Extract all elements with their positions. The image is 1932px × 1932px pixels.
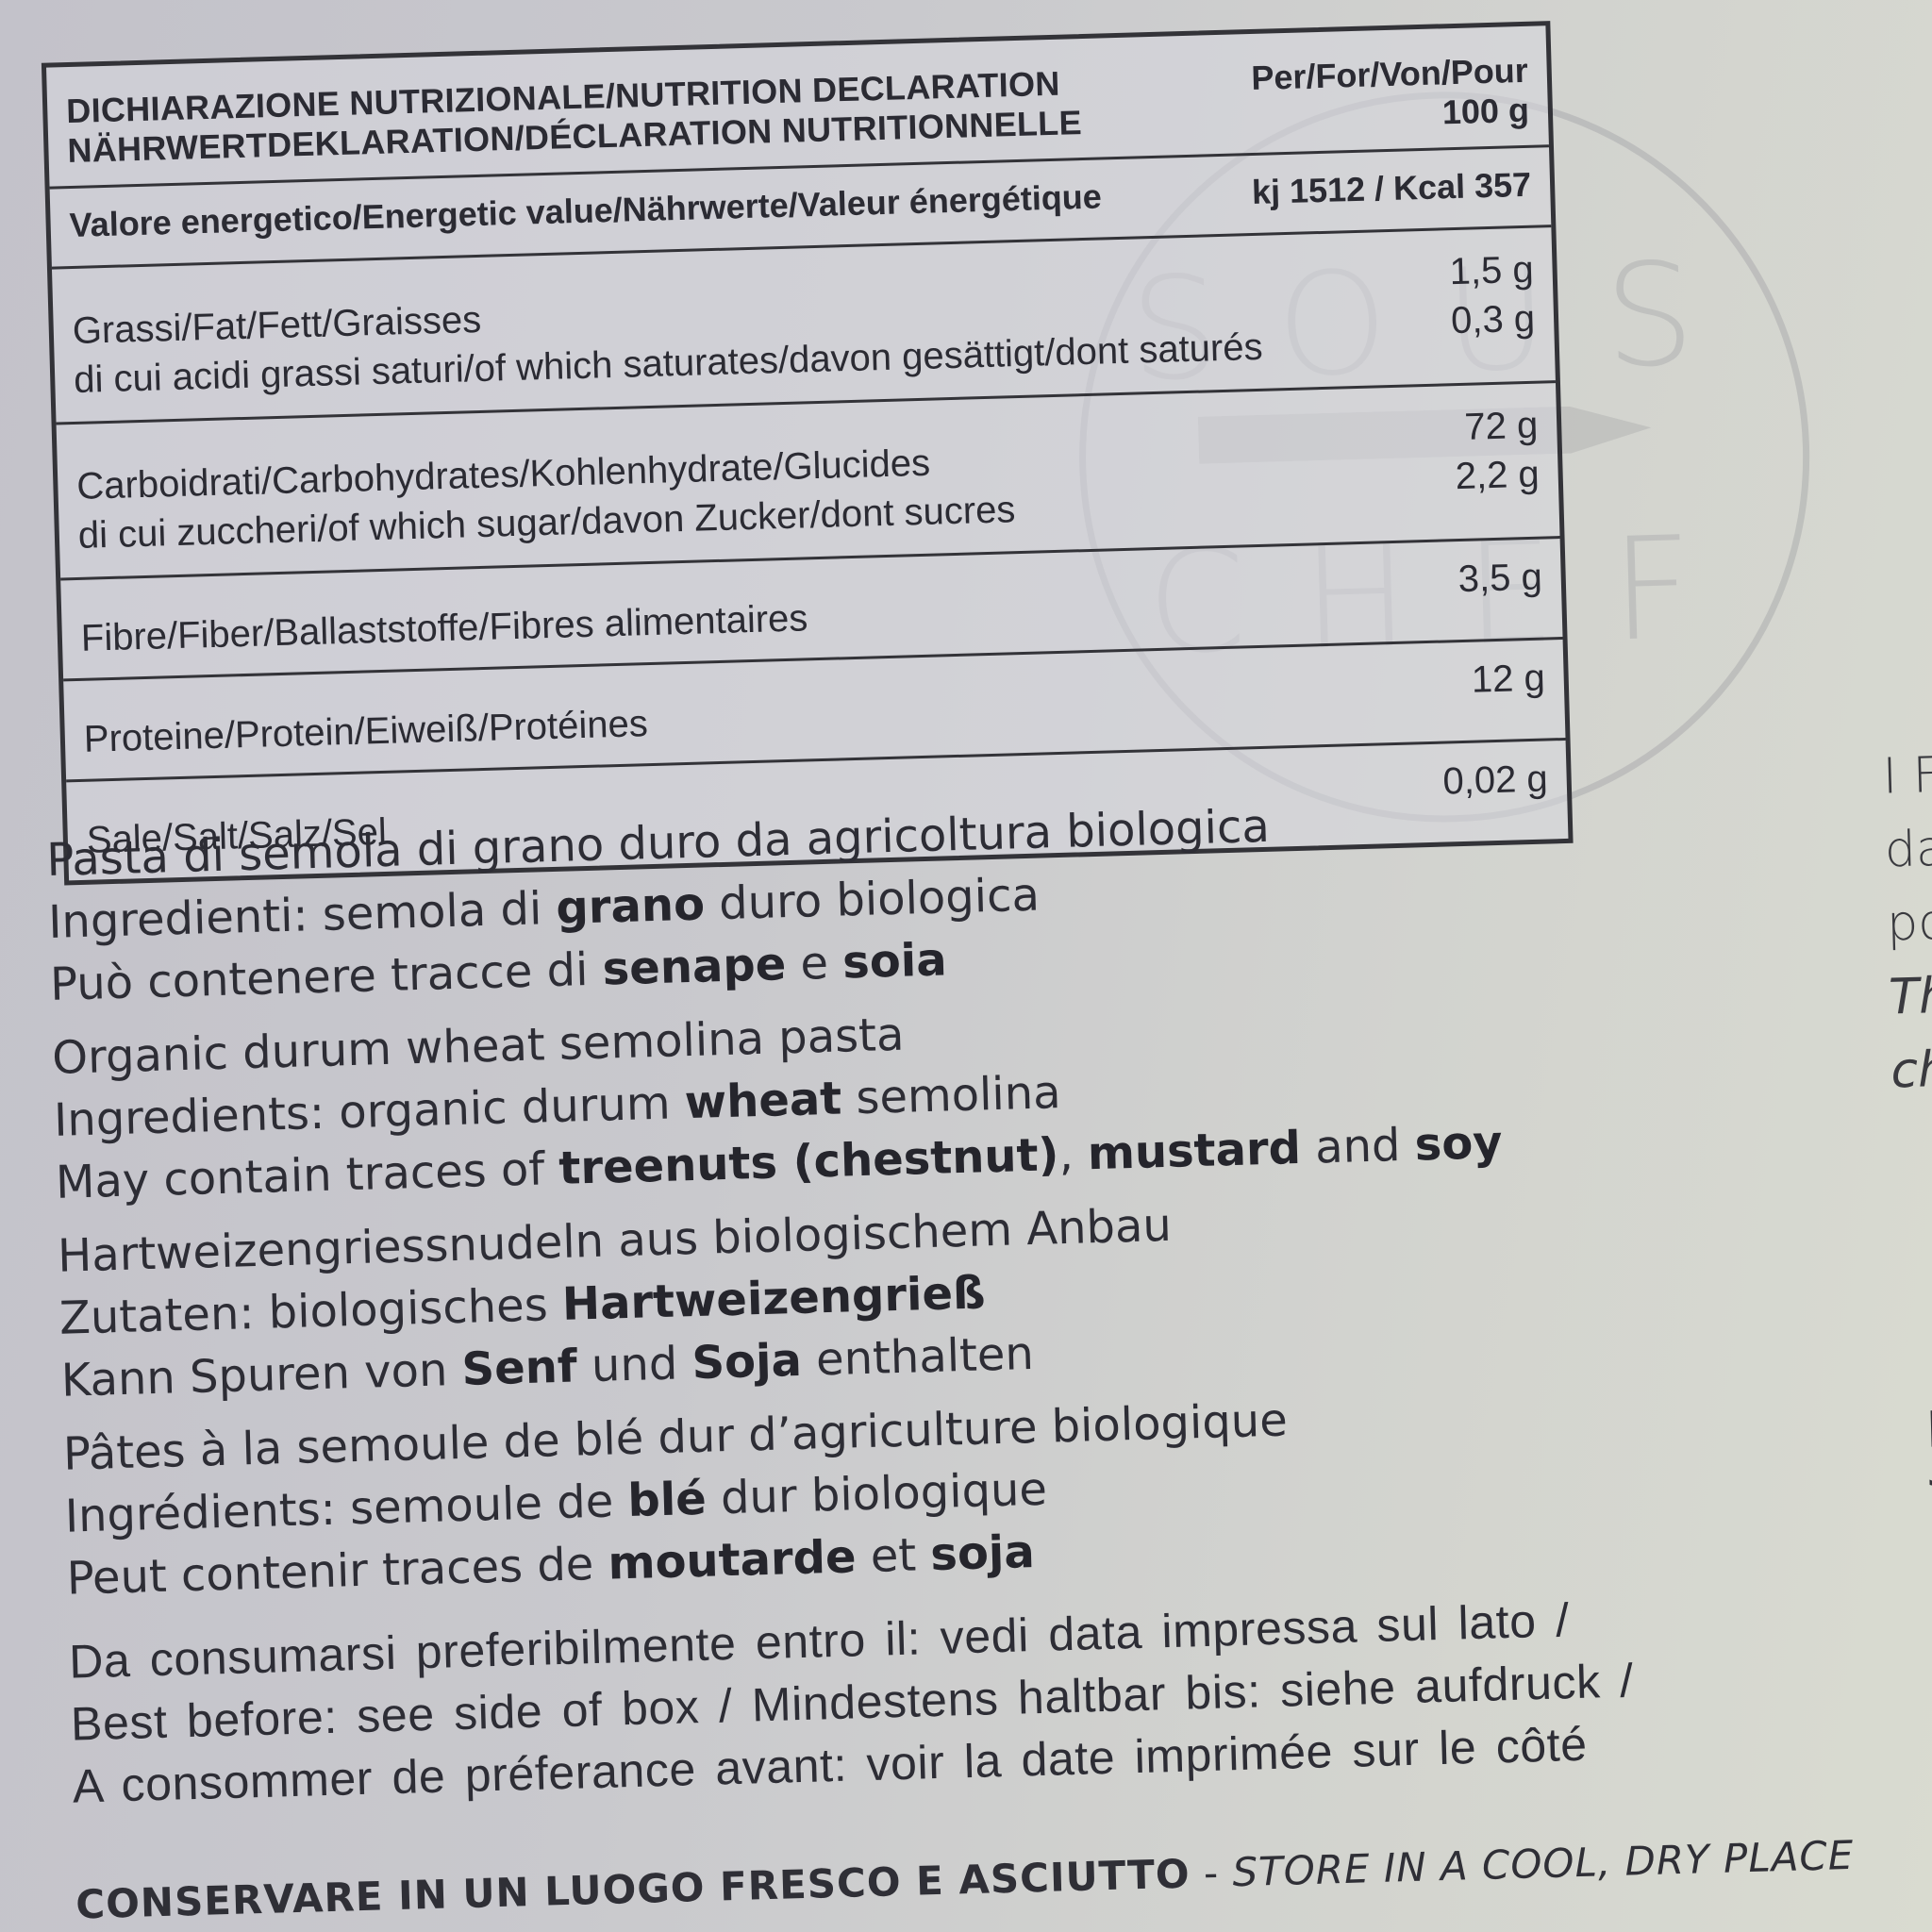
text: Ingredienti: semola di xyxy=(48,882,558,949)
per-100g-header: Per/For/Von/Pour 100 g xyxy=(1251,51,1530,138)
fat-values: 1,5 g 0,3 g xyxy=(1449,245,1536,345)
text: Peut contenir traces de xyxy=(66,1538,608,1606)
ingredients-french: Pâtes à la semoule de blé dur d’agricult… xyxy=(62,1384,1482,1610)
text: , xyxy=(1058,1127,1089,1181)
label-page: SOUS CHEF DICHIARAZIONE NUTRIZIONALE/NUT… xyxy=(0,0,1932,1931)
text: Kann Spuren von xyxy=(60,1343,462,1407)
text: enthalten xyxy=(801,1327,1034,1387)
allergen: senape xyxy=(602,938,787,995)
protein-value: 12 g xyxy=(1471,656,1545,703)
side-line: da xyxy=(1884,810,1932,887)
allergen: Senf xyxy=(461,1340,578,1395)
allergen: wheat xyxy=(684,1073,842,1130)
allergen: blé xyxy=(627,1473,708,1527)
text: e xyxy=(785,936,843,991)
allergen: soja xyxy=(930,1525,1036,1581)
storage-it: CONSERVARE IN UN LUOGO FRESCO E ASCIUTTO xyxy=(75,1851,1191,1928)
nutrition-table: DICHIARAZIONE NUTRIZIONALE/NUTRITION DEC… xyxy=(42,21,1574,885)
side-line: Th xyxy=(1888,958,1932,1034)
allergen: moutarde xyxy=(608,1530,858,1590)
fat-labels: Grassi/Fat/Fett/Graisses di cui acidi gr… xyxy=(71,253,1263,405)
ingredients-english: Organic durum wheat semolina pasta Ingre… xyxy=(51,988,1471,1214)
allergen: treenuts (chestnut) xyxy=(558,1128,1060,1195)
text: and xyxy=(1300,1119,1415,1174)
side-line: ch xyxy=(1890,1031,1932,1108)
text: dur biologique xyxy=(706,1463,1048,1525)
adjacent-panel-number: 5 xyxy=(1917,1389,1932,1511)
ingredients-german: Hartweizengriessnudeln aus biologischem … xyxy=(57,1186,1476,1412)
carbohydrates-labels: Carboidrati/Carbohydrates/Kohlenhydrate/… xyxy=(75,415,1016,560)
allergen: soy xyxy=(1414,1116,1503,1172)
ingredients-italian: Pasta di semola di grano duro da agricol… xyxy=(46,790,1466,1016)
fibre-value: 3,5 g xyxy=(1457,555,1542,602)
allergen: Soja xyxy=(691,1334,803,1390)
energy-value: kj 1512 / Kcal 357 xyxy=(1251,165,1531,212)
storage-en: STORE IN A COOL, DRY PLACE xyxy=(1232,1832,1855,1895)
ingredients-section: Pasta di semola di grano duro da agricol… xyxy=(46,790,1483,1622)
carbohydrates-value: 72 g xyxy=(1454,401,1539,452)
adjacent-panel-text: I Fu da po Th ch xyxy=(1882,737,1932,1108)
text: semolina xyxy=(841,1066,1061,1124)
allergen: mustard xyxy=(1087,1122,1302,1180)
storage-separator: - xyxy=(1190,1849,1233,1896)
energy-label: Valore energetico/Energetic value/Nährwe… xyxy=(69,176,1102,245)
side-line: po xyxy=(1886,884,1932,960)
text: May contain traces of xyxy=(55,1142,559,1209)
text: duro biologica xyxy=(704,869,1040,931)
allergen: soia xyxy=(841,933,947,989)
nutrition-title: DICHIARAZIONE NUTRIZIONALE/NUTRITION DEC… xyxy=(66,63,1083,171)
text: und xyxy=(576,1337,692,1392)
fibre-label: Fibre/Fiber/Ballaststoffe/Fibres aliment… xyxy=(80,575,808,660)
text: Ingrédients: semoule de xyxy=(64,1474,628,1543)
per-amount: 100 g xyxy=(1252,91,1529,138)
protein-label: Proteine/Protein/Eiweiß/Protéines xyxy=(83,680,649,762)
text: Zutaten: biologisches xyxy=(58,1278,562,1345)
text: Può contenere tracce di xyxy=(49,943,603,1011)
sugar-value: 2,2 g xyxy=(1455,450,1540,501)
text: et xyxy=(856,1528,931,1583)
storage-instructions: CONSERVARE IN UN LUOGO FRESCO E ASCIUTTO… xyxy=(75,1832,1855,1928)
best-before-section: Da consumarsi preferibilmente entro il: … xyxy=(68,1583,1771,1817)
allergen: grano xyxy=(556,878,706,935)
allergen: Hartweizengrieß xyxy=(561,1266,986,1331)
carbohydrates-values: 72 g 2,2 g xyxy=(1454,401,1541,501)
side-line: I Fu xyxy=(1882,737,1932,813)
fat-value: 1,5 g xyxy=(1449,245,1534,296)
saturates-value: 0,3 g xyxy=(1450,294,1535,345)
